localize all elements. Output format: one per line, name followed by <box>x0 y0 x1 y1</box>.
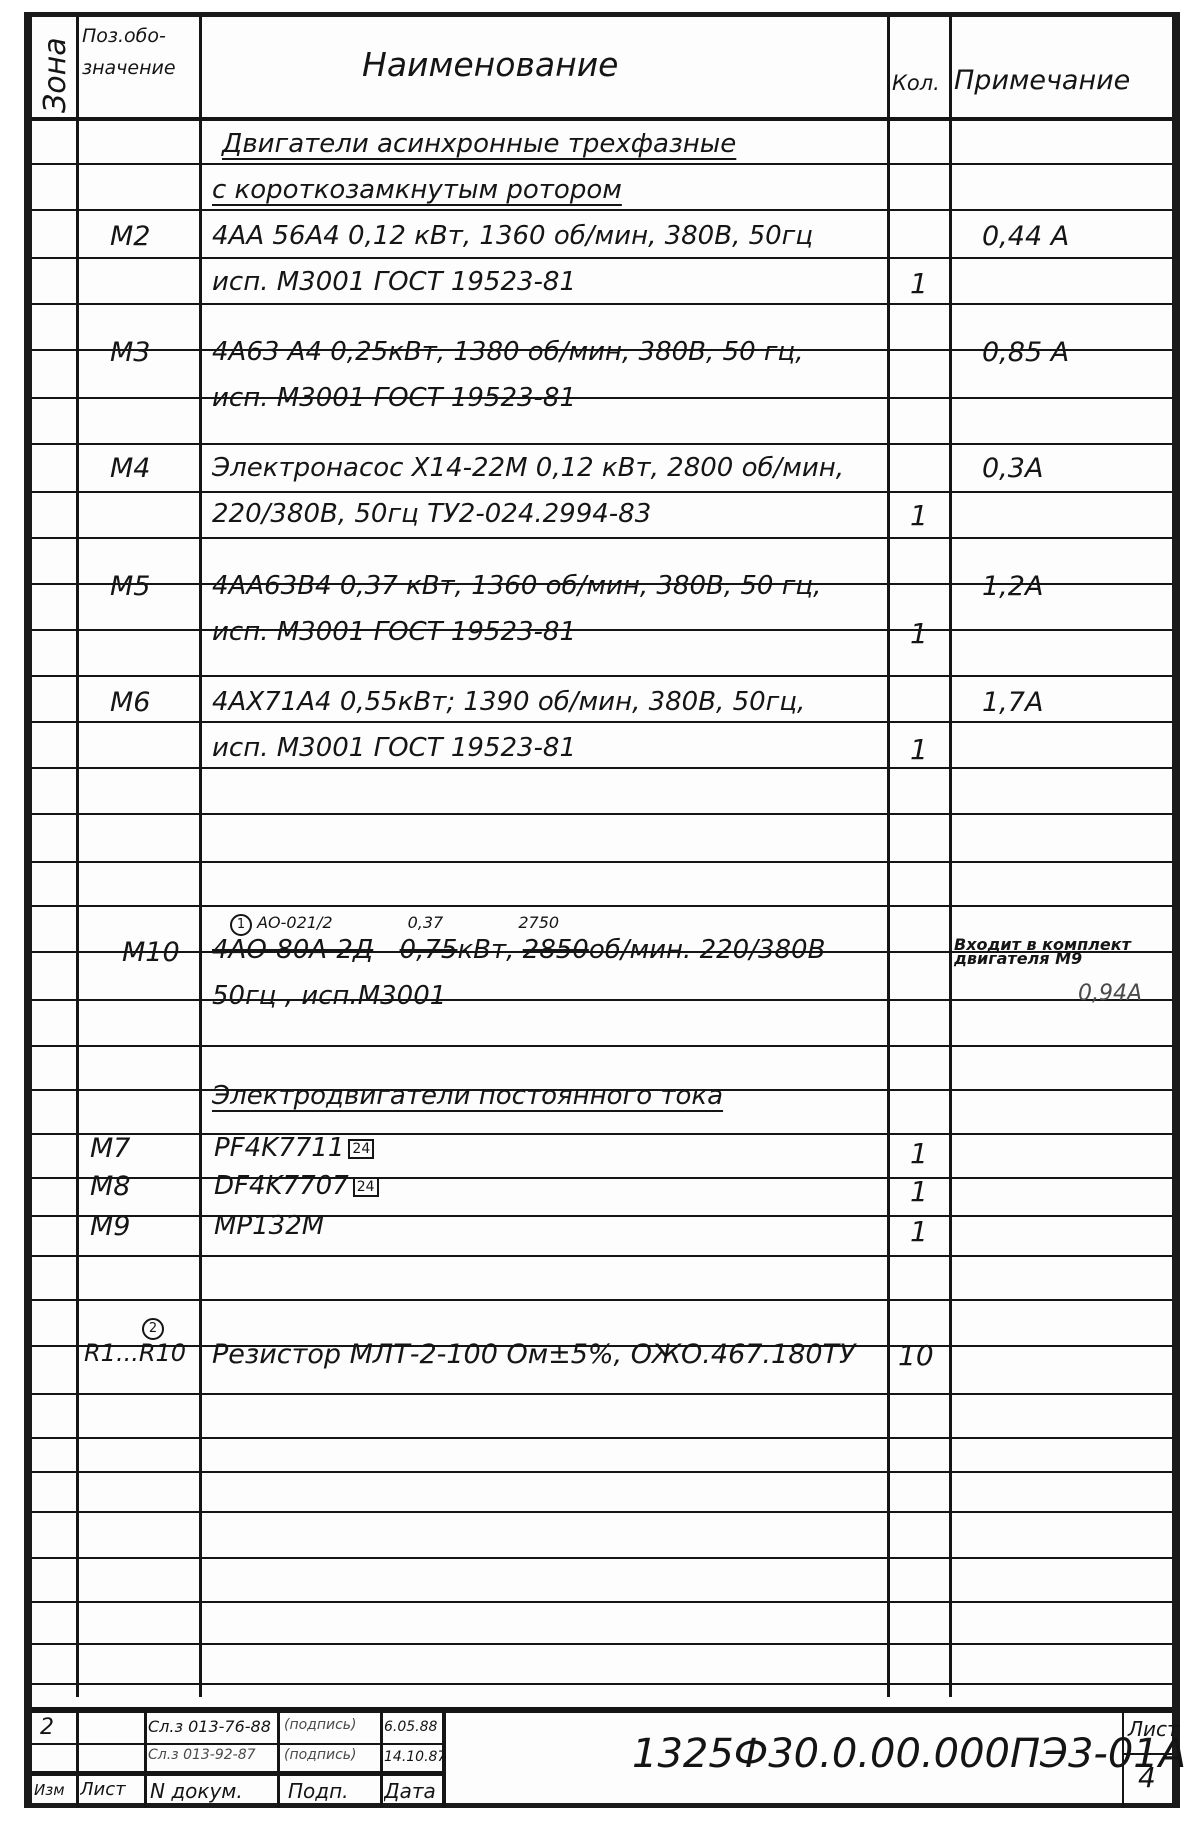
m10-corrected-rpm: 2750 <box>518 913 559 932</box>
row-line <box>32 303 1172 305</box>
dc-row-name: DF4K770724 <box>214 1171 379 1201</box>
row-name-line2: исп. М3001 ГОСТ 19523-81 <box>212 733 576 763</box>
dc-row-pos: M9 <box>90 1211 130 1242</box>
m10-line1: 4АО-80А-2Д 0,75кВт, 2850об/мин. 220/380В <box>212 935 825 965</box>
row-line <box>32 1255 1172 1257</box>
header-pos-line1: Поз.обо- <box>82 25 166 47</box>
row-line <box>32 1299 1172 1301</box>
row-name-line2: исп. М3001 ГОСТ 19523-81 <box>212 267 576 297</box>
m10-unit: кВт, <box>457 935 514 965</box>
row-line <box>32 1557 1172 1559</box>
row-pos: M3 <box>110 337 150 368</box>
row-name-line1: 4АА63В4 0,37 кВт, 1360 об/мин, 380В, 50 … <box>212 571 821 601</box>
row-note: 1,2А <box>982 571 1043 602</box>
row-qty: 1 <box>910 617 928 650</box>
dc-row-model: PF4K7711 <box>214 1133 344 1163</box>
rev2-date: 14.10.87 <box>384 1749 446 1765</box>
row-line <box>32 1437 1172 1439</box>
row-note: 1,7А <box>982 687 1043 718</box>
row-line <box>32 861 1172 863</box>
row-line <box>32 629 1172 631</box>
row-name-line1: 4АА 56А4 0,12 кВт, 1360 об/мин, 380В, 50… <box>212 221 813 251</box>
m10-struck-rpm: 2850 <box>523 935 589 965</box>
revision-mark-1: 1 <box>230 914 252 936</box>
sheet-label: Лист <box>1128 1717 1179 1741</box>
row-line <box>32 163 1172 165</box>
row-qty: 1 <box>910 499 928 532</box>
label-sign: Подп. <box>288 1779 349 1803</box>
row-line <box>32 397 1172 399</box>
row-note: 0,44 А <box>982 221 1069 252</box>
m10-note-current: 0,94А <box>1078 981 1142 1006</box>
row-line <box>32 209 1172 211</box>
sheet-number: 4 <box>1138 1761 1156 1794</box>
row-line <box>32 1471 1172 1473</box>
row-line <box>32 905 1172 907</box>
rev1-date: 6.05.88 <box>384 1719 437 1735</box>
row-line <box>32 1045 1172 1047</box>
row-qty: 1 <box>910 733 928 766</box>
sheet-number-box: Лист 4 <box>1122 1713 1172 1808</box>
dc-row-model: DF4K7707 <box>214 1171 349 1201</box>
row-line <box>32 443 1172 445</box>
label-doc: N докум. <box>150 1779 243 1803</box>
resistor-qty: 10 <box>898 1339 934 1372</box>
m10-corrected-power: 0,37 <box>408 913 444 932</box>
row-note: 0,85 А <box>982 337 1069 368</box>
row-line <box>32 1215 1172 1217</box>
row-line <box>32 813 1172 815</box>
revision-table: 2 Сл.з 013-76-88 (подпись) 6.05.88 Сл.з … <box>32 1713 442 1808</box>
label-date: Дата <box>384 1779 436 1803</box>
row-line <box>32 721 1172 723</box>
row-line <box>32 999 1172 1001</box>
m10-struck-model: 4АО-80А-2Д <box>212 935 373 965</box>
row-line <box>32 1393 1172 1395</box>
row-pos: M2 <box>110 221 150 252</box>
rev1-doc: Сл.з 013-76-88 <box>148 1717 271 1736</box>
col-divider-name <box>887 17 890 1697</box>
row-line <box>32 1177 1172 1179</box>
row-name-line2: исп. М3001 ГОСТ 19523-81 <box>212 383 576 413</box>
resistor-revision-mark: 2 <box>142 1317 164 1340</box>
header-qty: Кол. <box>892 71 940 95</box>
row-line <box>32 1133 1172 1135</box>
label-list: Лист <box>80 1779 126 1800</box>
row-pos: M5 <box>110 571 150 602</box>
m10-struck-power: 0,75 <box>400 935 458 965</box>
header-zona: Зона <box>38 37 73 113</box>
dc-row-pos: M7 <box>90 1133 130 1164</box>
dc-row-model: МР132М <box>214 1211 324 1241</box>
row-pos: M6 <box>110 687 150 718</box>
row-name-line1: 4А63 А4 0,25кВт, 1380 об/мин, 380В, 50 г… <box>212 337 804 367</box>
dc-row-qty: 1 <box>910 1137 928 1170</box>
row-line <box>32 1601 1172 1603</box>
dc-row-pos: M8 <box>90 1171 130 1202</box>
document-number: 1325Ф30.0.00.000ПЭ3-01А <box>632 1731 1186 1777</box>
header-name: Наименование <box>362 45 618 84</box>
row-qty: 1 <box>910 267 928 300</box>
row-line <box>32 767 1172 769</box>
col-divider-qty <box>949 17 952 1697</box>
row-line <box>32 1511 1172 1513</box>
dc-row-box-mark: 24 <box>353 1177 379 1197</box>
row-line <box>32 491 1172 493</box>
row-line <box>32 1683 1172 1685</box>
spec-sheet: Зона Поз.обо- значение Наименование Кол.… <box>24 12 1180 1808</box>
dc-row-name: PF4K771124 <box>214 1133 374 1163</box>
section-ac-title-line1: Двигатели асинхронные трехфазные <box>222 129 736 159</box>
m10-corrected-model: АО-021/2 <box>257 913 332 932</box>
header-note: Примечание <box>954 65 1130 96</box>
rev1-sign: (подпись) <box>284 1717 357 1733</box>
resistor-name: Резистор МЛТ-2-100 Ом±5%, ОЖО.467.180ТУ <box>212 1339 856 1370</box>
rev1-izm: 2 <box>40 1715 54 1740</box>
row-name-line1: 4АХ71А4 0,55кВт; 1390 об/мин, 380В, 50гц… <box>212 687 805 717</box>
row-line <box>32 1643 1172 1645</box>
revision-mark-2: 2 <box>142 1318 164 1340</box>
row-name-line2: исп. М3001 ГОСТ 19523-81 <box>212 617 576 647</box>
m10-line2: 50гц , исп.М3001 <box>212 981 446 1011</box>
row-line <box>32 675 1172 677</box>
col-divider-zona <box>76 17 79 1697</box>
m10-note-line2: двигателя М9 <box>954 951 1082 966</box>
dc-row-box-mark: 24 <box>348 1139 374 1159</box>
row-name-line1: Электронасос Х14-22М 0,12 кВт, 2800 об/м… <box>212 453 844 483</box>
rev2-doc: Сл.з 013-92-87 <box>148 1747 256 1763</box>
row-note: 0,3А <box>982 453 1043 484</box>
m10-rest: об/мин. 220/380В <box>589 935 826 965</box>
label-izm: Изм <box>34 1781 65 1799</box>
m10-correction-line: 1 АО-021/2 0,37 2750 <box>230 913 559 936</box>
row-pos: M4 <box>110 453 150 484</box>
rev2-sign: (подпись) <box>284 1747 357 1763</box>
resistor-pos: R1...R10 <box>84 1339 186 1367</box>
section-ac-title-line2: с короткозамкнутым ротором <box>212 175 622 205</box>
m10-pos: M10 <box>122 937 180 968</box>
row-name-line2: 220/380В, 50гц ТУ2-024.2994-83 <box>212 499 651 529</box>
dc-row-qty: 1 <box>910 1175 928 1208</box>
row-line <box>32 117 1172 121</box>
dc-row-name: МР132М <box>214 1211 324 1241</box>
col-divider-pos <box>199 17 202 1697</box>
title-block: 2 Сл.з 013-76-88 (подпись) 6.05.88 Сл.з … <box>32 1707 1172 1808</box>
row-line <box>32 537 1172 539</box>
header-pos-line2: значение <box>82 57 176 79</box>
dc-row-qty: 1 <box>910 1215 928 1248</box>
section-dc-title: Электродвигатели постоянного тока <box>212 1081 723 1111</box>
row-line <box>32 257 1172 259</box>
